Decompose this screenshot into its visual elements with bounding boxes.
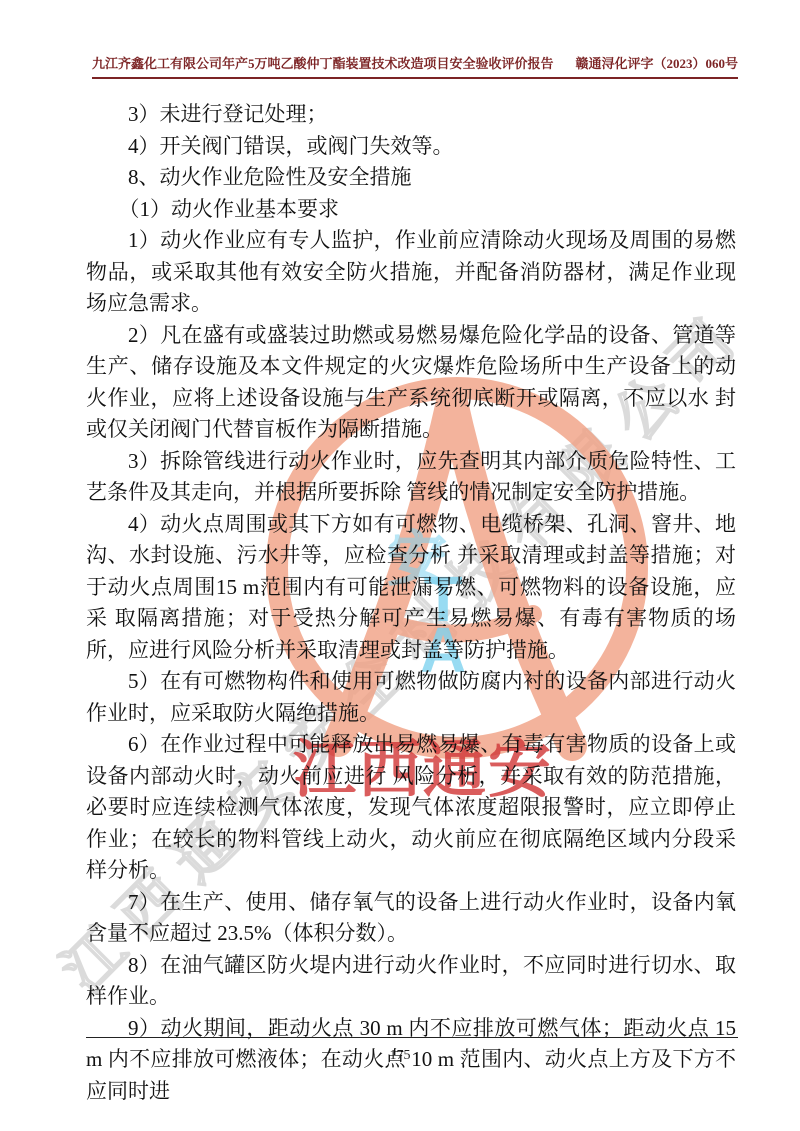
footer-divider bbox=[86, 1037, 738, 1038]
body-paragraph: 8）在油气罐区防火堤内进行动火作业时，不应同时进行切水、取样作业。 bbox=[86, 950, 736, 1013]
body-paragraph: 8、动火作业危险性及安全措施 bbox=[86, 162, 736, 194]
content-layer: 九江齐鑫化工有限公司年产5万吨乙酸仲丁酯装置技术改造项目安全验收评价报告 赣通浔… bbox=[0, 0, 800, 1131]
body-paragraph: 5）在有可燃物构件和使用可燃物做防腐内衬的设备内部进行动火作业时，应采取防火隔绝… bbox=[86, 666, 736, 729]
page-header: 九江齐鑫化工有限公司年产5万吨乙酸仲丁酯装置技术改造项目安全验收评价报告 赣通浔… bbox=[92, 53, 738, 79]
body-paragraph: （1）动火作业基本要求 bbox=[86, 194, 736, 226]
page-number: 175 bbox=[0, 1048, 800, 1064]
document-page: 江西通安安全科技有限公司 安 T A 江西通安 九江齐鑫化工有限公司年产5万吨乙… bbox=[0, 0, 800, 1131]
body-paragraph: 1）动火作业应有专人监护，作业前应清除动火现场及周围的易燃物品，或采取其他有效安… bbox=[86, 225, 736, 320]
body-paragraph: 3）拆除管线进行动火作业时，应先查明其内部介质危险特性、工艺条件及其走向，并根据… bbox=[86, 446, 736, 509]
body-paragraph: 6）在作业过程中可能释放出易燃易爆、有毒有害物质的设备上或设备内部动火时，动火前… bbox=[86, 729, 736, 887]
document-number: 赣通浔化评字（2023）060号 bbox=[575, 53, 738, 72]
body-paragraph: 4）动火点周围或其下方如有可燃物、电缆桥架、孔洞、窨井、地沟、水封设施、污水井等… bbox=[86, 509, 736, 667]
body-paragraph: 2）凡在盛有或盛装过助燃或易燃易爆危险化学品的设备、管道等生产、储存设施及本文件… bbox=[86, 320, 736, 446]
body-paragraph: 4）开关阀门错误，或阀门失效等。 bbox=[86, 131, 736, 163]
body-paragraph: 7）在生产、使用、储存氧气的设备上进行动火作业时，设备内氧含量不应超过 23.5… bbox=[86, 887, 736, 950]
body-text: 3）未进行登记处理；4）开关阀门错误，或阀门失效等。8、动火作业危险性及安全措施… bbox=[86, 99, 736, 1107]
body-paragraph: 3）未进行登记处理； bbox=[86, 99, 736, 131]
report-title: 九江齐鑫化工有限公司年产5万吨乙酸仲丁酯装置技术改造项目安全验收评价报告 bbox=[92, 53, 554, 72]
